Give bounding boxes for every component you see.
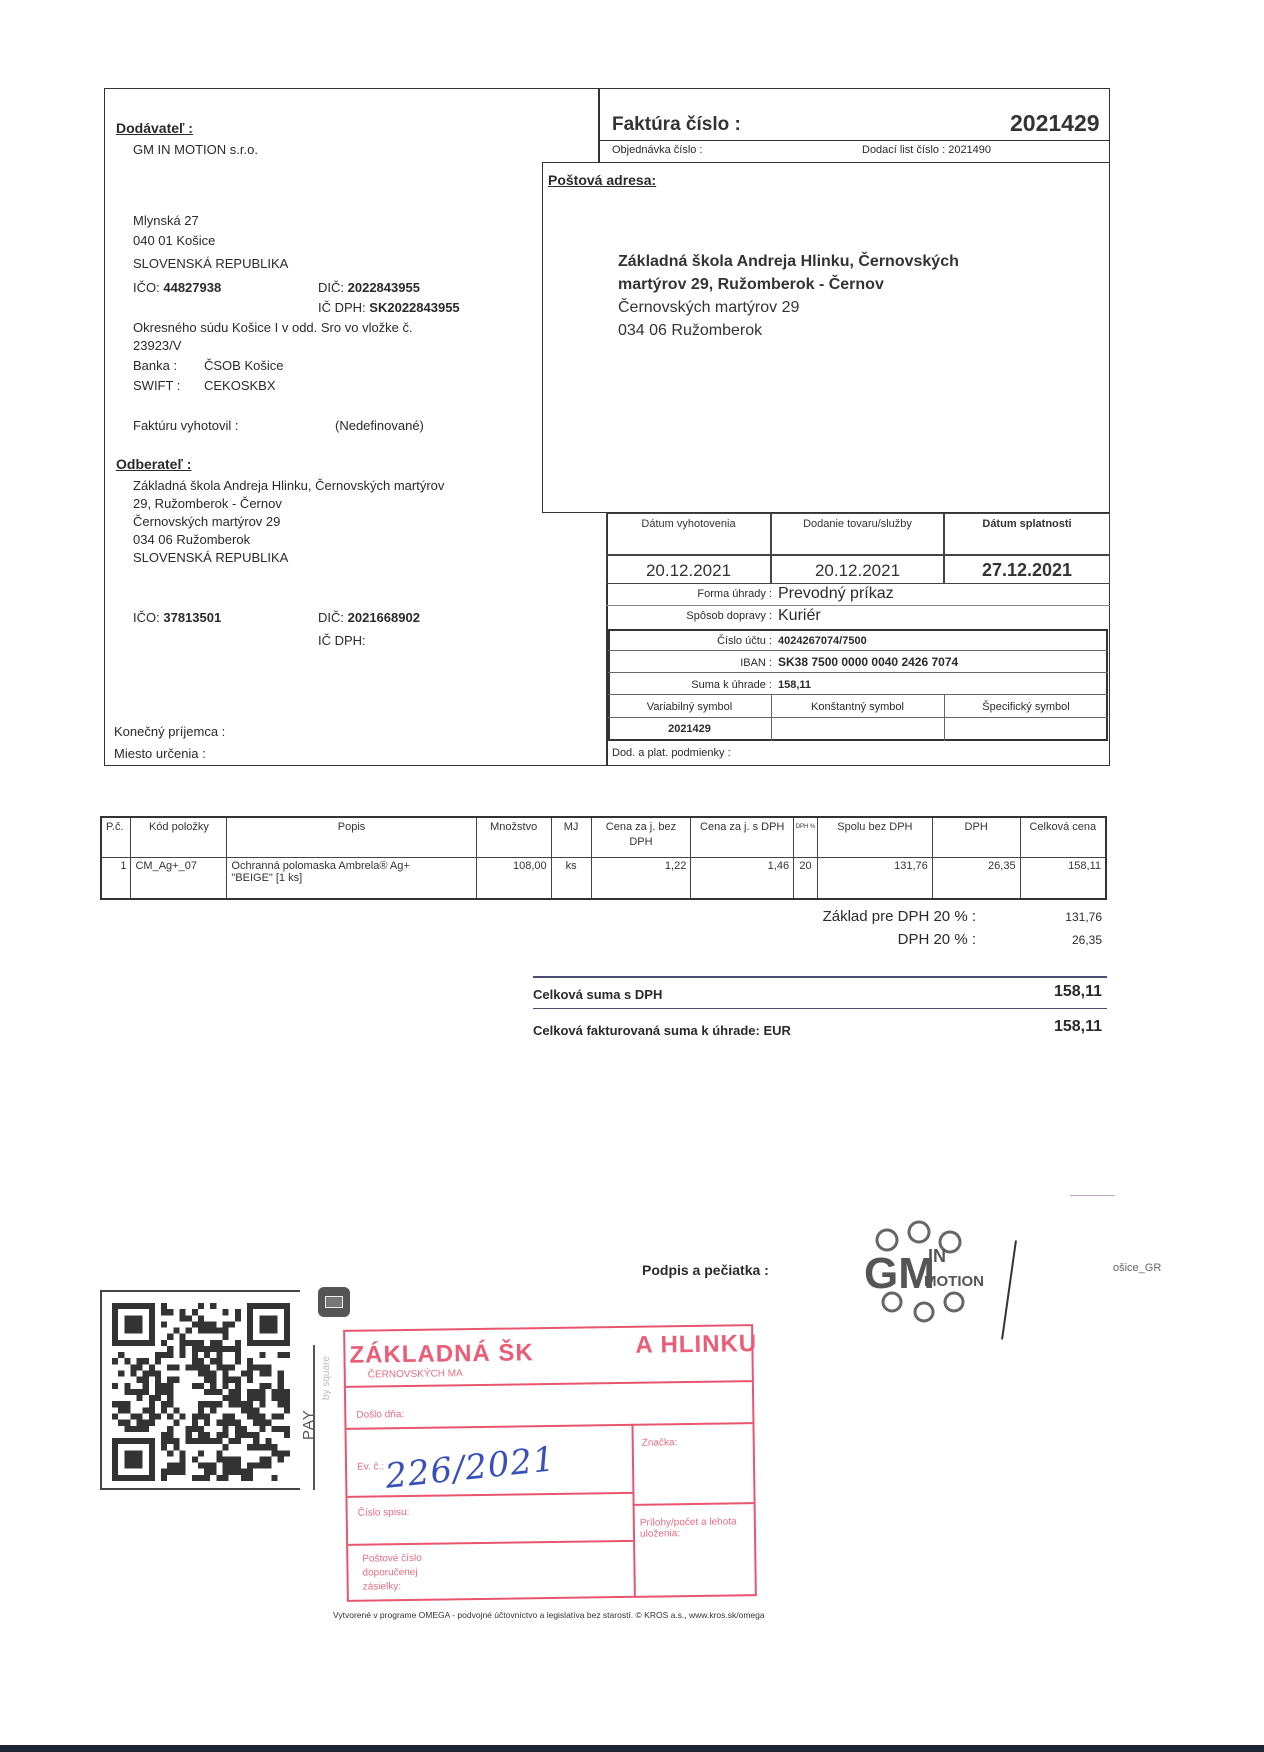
account-label: Číslo účtu : (620, 635, 772, 647)
customer-line1: Základná škola Andreja Hlinku, Černovský… (133, 478, 444, 493)
cell-total-novat: 131,76 (818, 857, 933, 899)
divider (598, 88, 600, 162)
issued-by-label: Faktúru vyhotovil : (133, 418, 239, 433)
company-logo-stamp: GM IN MOTION (862, 1220, 992, 1330)
cell-vat-pct: 20 (794, 857, 818, 899)
supplier-icdph: IČ DPH: SK2022843955 (318, 300, 460, 315)
supplier-name: GM IN MOTION s.r.o. (133, 142, 258, 157)
supplier-heading: Dodávateľ : (116, 120, 193, 136)
cell-total: 158,11 (1020, 857, 1106, 899)
final-recipient-label: Konečný príjemca : (114, 724, 225, 739)
table-header-row: P.č. Kód položky Popis Množstvo MJ Cena … (101, 817, 1106, 857)
postal-line4: 034 06 Ružomberok (618, 322, 762, 340)
amount-due: 158,11 (778, 679, 811, 691)
svg-text:IN: IN (928, 1246, 946, 1266)
variable-symbol: 2021429 (608, 723, 771, 735)
issued-by-value: (Nedefinované) (335, 418, 424, 433)
vat-value: 26,35 (1000, 933, 1102, 947)
col-header-qty: Množstvo (476, 817, 551, 857)
customer-heading: Odberateľ : (116, 456, 191, 472)
cell-qty: 108,00 (476, 857, 551, 899)
customer-country: SLOVENSKÁ REPUBLIKA (133, 550, 288, 565)
divider (598, 140, 1110, 141)
customer-line3: Černovských martýrov 29 (133, 514, 280, 529)
divider (608, 694, 1108, 695)
supplier-dic: DIČ: 2022843955 (318, 280, 420, 295)
stamp-reg-label: Ev. č.: (357, 1461, 384, 1472)
svg-text:MOTION: MOTION (924, 1273, 984, 1290)
vat-base-label: Základ pre DPH 20 % : (740, 908, 976, 925)
cell-unit: ks (551, 857, 591, 899)
invoice-number: 2021429 (1010, 110, 1100, 137)
signature-label: Podpis a pečiatka : (642, 1262, 769, 1278)
col-header-unit: MJ (551, 817, 591, 857)
delivery-date: 20.12.2021 (771, 555, 944, 584)
delivery-note: Dodací list číslo : 2021490 (862, 144, 991, 156)
divider (608, 672, 1108, 673)
issue-date: 20.12.2021 (606, 555, 771, 584)
payment-qr-code (112, 1303, 290, 1481)
customer-icdph-label: IČ DPH: (318, 633, 366, 648)
cell-desc: Ochranná polomaska Ambrela® Ag+"BEIGE" [… (227, 857, 476, 899)
col-header-price-vat: Cena za j. s DPH (691, 817, 794, 857)
supplier-country: SLOVENSKÁ REPUBLIKA (133, 256, 288, 271)
terms-label: Dod. a plat. podmienky : (612, 747, 731, 759)
supplier-city: 040 01 Košice (133, 233, 215, 248)
cell-code: CM_Ag+_07 (131, 857, 227, 899)
footer-text: Vytvorené v programe OMEGA - podvojné úč… (333, 1610, 765, 1620)
col-header-total: Celková cena (1020, 817, 1106, 857)
supplier-street: Mlynská 27 (133, 213, 199, 228)
supplier-register-line1: Okresného súdu Košice I v odd. Sro vo vl… (133, 320, 413, 335)
items-table: P.č. Kód položky Popis Množstvo MJ Cena … (100, 816, 1107, 900)
total-with-vat: 158,11 (1000, 983, 1102, 1001)
card-icon (318, 1287, 350, 1317)
cell-price-vat: 1,46 (691, 857, 794, 899)
col-header-code: Kód položky (131, 817, 227, 857)
payment-method: Prevodný príkaz (778, 585, 894, 603)
amount-due-label: Suma k úhrade : (620, 679, 772, 691)
postal-heading: Poštová adresa: (548, 172, 656, 188)
supplier-swift-label: SWIFT : (133, 378, 180, 393)
supplier-bank: ČSOB Košice (204, 358, 283, 373)
cell-vat: 26,35 (932, 857, 1020, 899)
customer-ico: IČO: 37813501 (133, 610, 221, 625)
divider (606, 605, 1110, 606)
constant-symbol-label: Konštantný symbol (771, 701, 944, 713)
stamp-subtitle: ČERNOVSKÝCH MA (368, 1368, 463, 1380)
iban-label: IBAN : (620, 657, 772, 669)
payment-method-label: Forma úhrady : (620, 588, 772, 600)
stamp-mark-label: Značka: (642, 1437, 678, 1448)
delivery-date-label: Dodanie tovaru/služby (771, 513, 944, 555)
transport-label: Spôsob dopravy : (620, 610, 772, 622)
total-with-vat-label: Celková suma s DPH (533, 987, 662, 1002)
total-due-label: Celková fakturovaná suma k úhrade: EUR (533, 1023, 791, 1038)
due-date-label: Dátum splatnosti (944, 513, 1110, 555)
postal-line2: martýrov 29, Ružomberok - Černov (618, 276, 884, 294)
col-header-no: P.č. (101, 817, 131, 857)
order-number-label: Objednávka číslo : (612, 144, 703, 156)
signature-stroke (1001, 1240, 1017, 1339)
col-header-vat: DPH (932, 817, 1020, 857)
customer-line2: 29, Ružomberok - Černov (133, 496, 282, 511)
postal-line1: Základná škola Andreja Hlinku, Černovský… (618, 253, 959, 271)
divider (608, 650, 1108, 651)
pay-label: PAY (300, 1409, 317, 1440)
supplier-ico: IČO: 44827938 (133, 280, 221, 295)
col-header-price: Cena za j. bez DPH (591, 817, 691, 857)
supplier-bank-label: Banka : (133, 358, 177, 373)
specific-symbol-label: Špecifický symbol (944, 701, 1108, 713)
table-row: 1 CM_Ag+_07 Ochranná polomaska Ambrela® … (101, 857, 1106, 899)
postal-line3: Černovských martýrov 29 (618, 299, 799, 317)
cell-price: 1,22 (591, 857, 691, 899)
total-due: 158,11 (1000, 1018, 1102, 1036)
vat-base-value: 131,76 (1000, 910, 1102, 924)
scan-edge (0, 1745, 1264, 1752)
stamp-title-left: ZÁKLADNÁ ŠK (349, 1339, 534, 1370)
stamp-postal-label-2: doporučenej (362, 1567, 417, 1579)
account-number: 4024267074/7500 (778, 635, 867, 647)
supplier-swift: CEKOSKBX (204, 378, 276, 393)
customer-dic: DIČ: 2021668902 (318, 610, 420, 625)
variable-symbol-label: Variabilný symbol (608, 701, 771, 713)
col-header-desc: Popis (227, 817, 476, 857)
issue-date-label: Dátum vyhotovenia (606, 513, 771, 555)
divider (608, 717, 1108, 718)
stamp-title-right: A HLINKU (635, 1330, 757, 1360)
stamp-postal-label-3: zásielky: (363, 1581, 402, 1593)
divider (533, 976, 1107, 978)
transport: Kuriér (778, 607, 821, 625)
cell-no: 1 (101, 857, 131, 899)
pay-sub-label: by square (321, 1356, 332, 1400)
vat-label: DPH 20 % : (740, 931, 976, 948)
divider (533, 1008, 1107, 1009)
col-header-vat-pct: DPH % (794, 817, 818, 857)
col-header-total-novat: Spolu bez DPH (818, 817, 933, 857)
supplier-register-line2: 23923/V (133, 338, 181, 353)
stamp-attachments-label: Prílohy/počet a lehota uloženia: (640, 1516, 750, 1540)
divider (1070, 1195, 1115, 1196)
destination-label: Miesto určenia : (114, 746, 206, 761)
stamp-received-label: Došlo dňa: (356, 1409, 404, 1421)
iban: SK38 7500 0000 0040 2426 7074 (778, 655, 958, 669)
stamp-file-label: Číslo spisu: (358, 1507, 410, 1519)
stamp-postal-label-1: Poštové číslo (362, 1553, 422, 1565)
signature-side-text: ošice_GR (1113, 1262, 1161, 1274)
invoice-title: Faktúra číslo : (612, 114, 741, 136)
customer-line4: 034 06 Ružomberok (133, 532, 250, 547)
due-date: 27.12.2021 (944, 555, 1110, 584)
